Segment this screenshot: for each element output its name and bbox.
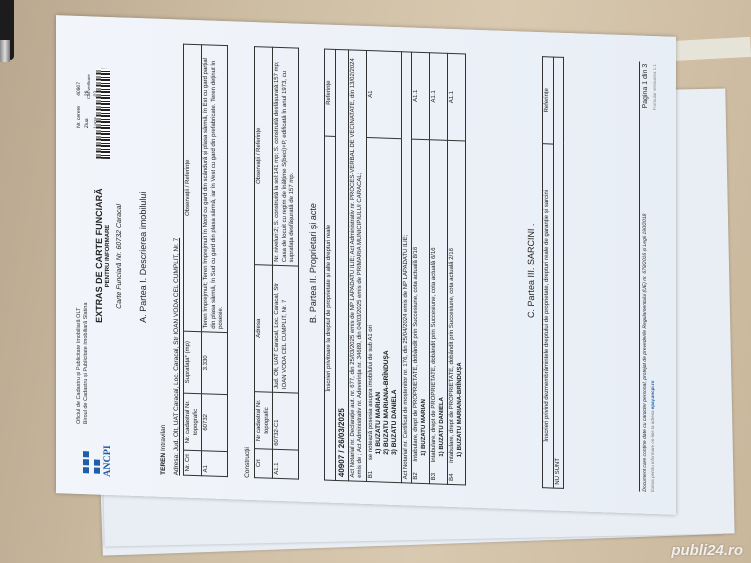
land-table: Nr. Crt Nr. cadastral Nr. topografic Sup… [183, 44, 228, 478]
footer-disclaimer: Document care conține date cu caracter p… [642, 214, 648, 492]
barcode-caption: Cod verificare [86, 74, 91, 99]
cf-number: Carte Funciară Nr. 60732 Caracal [116, 17, 125, 495]
office-name: Oficiul de Cadastru și Publicitate Imobi… [76, 302, 90, 424]
office-line-1: Oficiul de Cadastru și Publicitate Imobi… [76, 302, 83, 424]
section-b-title: B. Partea II. Proprietari și acte [308, 24, 319, 502]
col-header: Înscrieri privind dezmembrămintele drept… [543, 144, 554, 488]
cell: A1 [202, 451, 228, 477]
entry-ref: A1.1 [430, 53, 448, 141]
section-a-title: A. Partea I. Descrierea imobilului [138, 18, 149, 496]
pen-clip [0, 40, 10, 62]
col-header: Nr. Crt [184, 450, 202, 476]
constructions-table: Crt Nr cadastral Nr. topografic Adresa O… [254, 46, 299, 480]
meta-value: 40907 [76, 78, 82, 100]
watermark: publi24.ro [671, 542, 743, 559]
owner-name: 1) BUZATU MARIANA-BRÎNDUȘA [457, 144, 465, 481]
table-row: B4Intabulare, drept de PROPRIETATE, dobâ… [448, 53, 466, 485]
registration-number: 40907 / 26/03/2025 [335, 49, 348, 480]
address-value: Jud. Olt, UAT Caracal, Loc. Caracal, Str… [173, 238, 180, 452]
col-header: Nr. cadastral Nr. topografic [184, 393, 202, 451]
cell: Nr. niveluri:2; S. construită la sol:141… [273, 47, 299, 266]
col-header: Observații / Referințe [184, 44, 202, 332]
owner-name: 2) BUZATU MARIANA-BRÎNDUȘA [383, 142, 391, 455]
cell: 60732-C1 [273, 392, 299, 450]
entry-text: Intabulare, drept de PROPRIETATE, dobând… [413, 247, 419, 462]
table-row: B3Intabulare, drept de PROPRIETATE, dobâ… [430, 53, 448, 485]
table-row: A1 60732 3.330 Teren împrejmuit; Teren î… [202, 45, 228, 477]
verify-link[interactable]: epay.ancpi.ro [650, 380, 655, 409]
col-header: Adresa [255, 265, 273, 393]
owner-name: 3) BUZATU DANIELA [391, 142, 399, 455]
cell: 60732 [202, 394, 228, 452]
encumbrances-table: Înscrieri privind dezmembrămintele drept… [542, 56, 564, 489]
entry-code: B4 [449, 463, 457, 481]
col-header: Nr cadastral Nr. topografic [255, 392, 273, 450]
table-row: B1se notează posesia asupra imobilului d… [366, 51, 401, 483]
cell: A1.1 [273, 449, 299, 479]
address-label: Adresa: [173, 453, 180, 476]
meta-label: Ziua [84, 102, 90, 132]
cell: Jud. Olt, UAT Caracal, Loc. Caracal, Str… [273, 265, 299, 393]
table-row: B2Intabulare, drept de PROPRIETATE, dobâ… [412, 52, 430, 484]
entry-text: se notează posesia asupra imobilului de … [368, 325, 374, 460]
owner-name: 1) BUZATU MARIAN [375, 141, 383, 454]
barcode-icon [96, 69, 110, 159]
entry-ref: A1 [366, 51, 401, 139]
meta-label: Nr. cerere [76, 102, 82, 132]
form-version: Formular versiunea 1.1 [652, 64, 658, 110]
col-header: Observații / Referințe [255, 47, 273, 266]
cell: Teren împrejmuit; Teren împrejmuit în No… [202, 45, 228, 333]
entry-ref: A1.1 [412, 52, 430, 140]
entry-text: Intabulare, drept de PROPRIETATE, dobând… [431, 247, 437, 462]
teren-type: Intravilan [160, 425, 167, 452]
entry-text: Intabulare, drept de PROPRIETATE, dobând… [449, 248, 455, 463]
entry-code: B1 [368, 460, 376, 478]
section-c-title: C. Partea III. SARCINI . [526, 32, 537, 510]
col-header: Referințe [543, 57, 554, 144]
verify-text: Extras pentru informare on-line la adres… [650, 410, 655, 492]
ownership-table: Înscrieri privitoare la dreptul de propr… [324, 49, 466, 486]
address-line: Adresa: Jud. Olt, UAT Caracal, Loc. Cara… [173, 238, 181, 476]
act-description: Act Notarial nr. Certificat de moștenito… [401, 52, 412, 483]
teren-line: TEREN Intravilan [160, 425, 168, 476]
act-description: Act Notarial nr. Declarație aut. nr. 677… [348, 50, 366, 482]
owner-name: 1) BUZATU DANIELA [439, 144, 447, 481]
col-header: Înscrieri privitoare la dreptul de propr… [325, 136, 336, 480]
col-header: Suprafața* (mp) [184, 331, 202, 394]
encumbrances-value: NU SUNT [553, 57, 564, 488]
document-page: ANCPI Oficiul de Cadastru și Publicitate… [56, 15, 676, 515]
constructions-label: Construcții [244, 447, 252, 478]
owner-name: 1) BUZATU MARIAN [421, 143, 429, 480]
footer-verify: Extras pentru informare on-line la adres… [650, 380, 656, 492]
col-header: Crt [255, 449, 273, 479]
entry-ref: A1.1 [448, 53, 466, 141]
cell: 3.330 [202, 332, 228, 395]
page-number: Pagina 1 din 3 [642, 64, 651, 109]
teren-label: TEREN [160, 453, 167, 475]
col-header: Referințe [325, 49, 336, 136]
entry-code: B2 [413, 462, 421, 480]
office-line-2: Biroul de Cadastru și Publicitate Imobil… [83, 302, 90, 424]
footer-divider [639, 62, 640, 492]
table-row: A1.1 60732-C1 Jud. Olt, UAT Caracal, Loc… [273, 47, 299, 479]
entry-code: B3 [431, 462, 439, 480]
